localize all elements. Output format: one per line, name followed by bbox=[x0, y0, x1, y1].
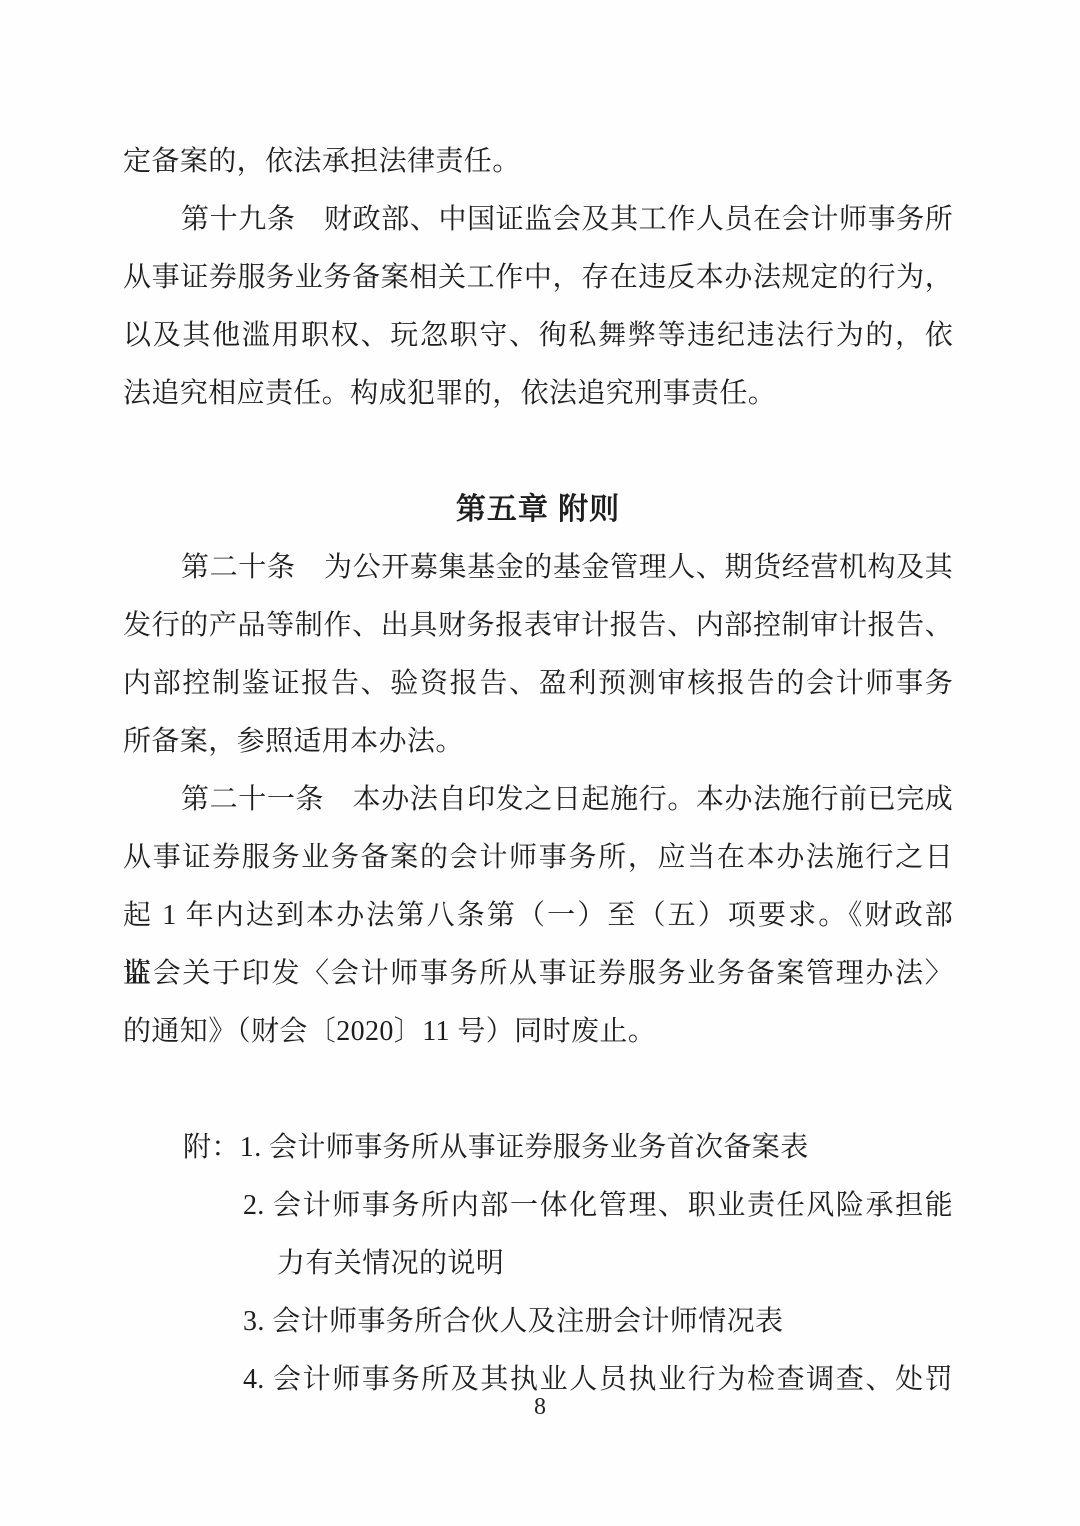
document-page: 定备案的，依法承担法律责任。 第十九条 财政部、中国证监会及其工作人员在会计师事… bbox=[0, 0, 1080, 1526]
article-21-line: 的通知》（财会〔2020〕11 号）同时废止。 bbox=[123, 1003, 953, 1061]
article-21-line: 从事证券服务业务备案的会计师事务所，应当在本办法施行之日 bbox=[123, 829, 953, 887]
article-19-line: 以及其他滥用职权、玩忽职守、徇私舞弊等违纪违法行为的，依 bbox=[123, 307, 953, 365]
article-19-line: 法追究相应责任。构成犯罪的，依法追究刑事责任。 bbox=[123, 365, 953, 423]
attachment-item-1: 附：1. 会计师事务所从事证券服务业务首次备案表 bbox=[123, 1119, 953, 1177]
article-20-line: 发行的产品等制作、出具财务报表审计报告、内部控制审计报告、 bbox=[123, 597, 953, 655]
page-number: 8 bbox=[0, 1390, 1080, 1424]
attachment-item-2: 2. 会计师事务所内部一体化管理、职业责任风险承担能 bbox=[123, 1177, 953, 1235]
attachment-item-2-continuation: 力有关情况的说明 bbox=[123, 1235, 953, 1293]
article-20-line: 内部控制鉴证报告、验资报告、盈利预测审核报告的会计师事务 bbox=[123, 655, 953, 713]
attachment-item-3: 3. 会计师事务所合伙人及注册会计师情况表 bbox=[123, 1293, 953, 1351]
article-21-line: 起 1 年内达到本办法第八条第（一）至（五）项要求。《财政部 证 bbox=[123, 887, 953, 945]
chapter-5-heading: 第五章 附则 bbox=[123, 481, 953, 539]
article-21-line: 监会关于印发〈会计师事务所从事证券服务业务备案管理办法〉 bbox=[123, 945, 953, 1003]
blank-line bbox=[123, 1061, 953, 1119]
article-19-line: 第十九条 财政部、中国证监会及其工作人员在会计师事务所 bbox=[123, 191, 953, 249]
article-21-line: 第二十一条 本办法自印发之日起施行。本办法施行前已完成 bbox=[123, 771, 953, 829]
article-19-line: 从事证券服务业务备案相关工作中，存在违反本办法规定的行为， bbox=[123, 249, 953, 307]
article-20-line: 所备案，参照适用本办法。 bbox=[123, 713, 953, 771]
paragraph-line: 定备案的，依法承担法律责任。 bbox=[123, 133, 953, 191]
page-content: 定备案的，依法承担法律责任。 第十九条 财政部、中国证监会及其工作人员在会计师事… bbox=[123, 133, 953, 1409]
article-20-line: 第二十条 为公开募集基金的基金管理人、期货经营机构及其 bbox=[123, 539, 953, 597]
blank-line bbox=[123, 423, 953, 481]
